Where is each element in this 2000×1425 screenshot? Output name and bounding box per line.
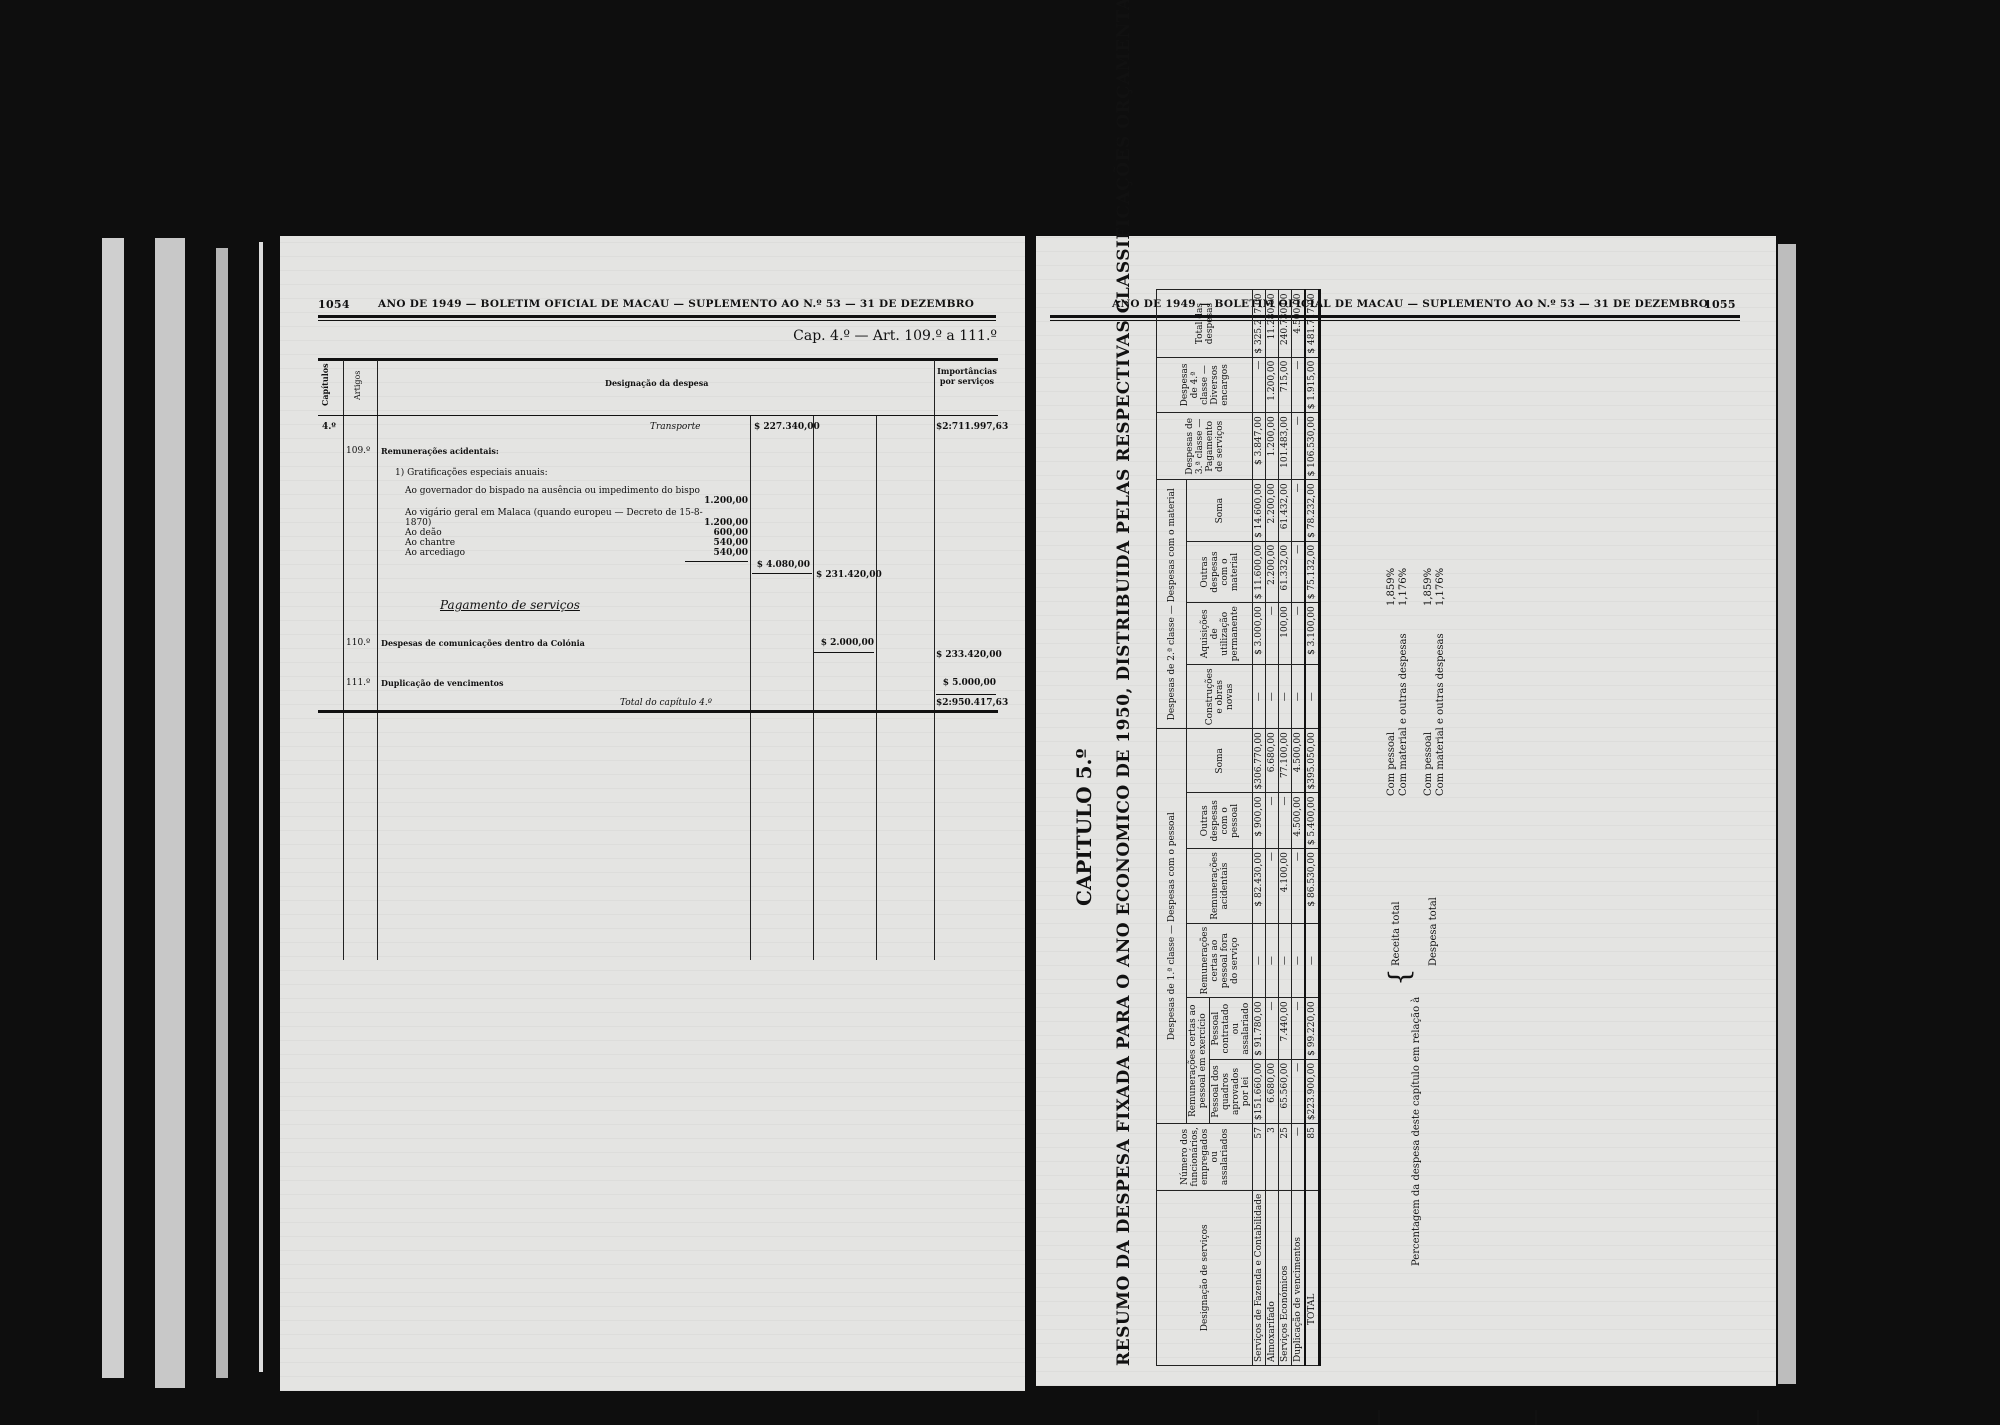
art109-subtotal: $ 4.080,00 <box>754 560 810 570</box>
rotated-summary: RESUMO DA DESPESA FIXADA PARA O ANO ECON… <box>1036 306 1776 1386</box>
art110-value: $ 2.000,00 <box>816 638 874 648</box>
art110-label: Despesas de comunicações dentro da Colón… <box>381 638 585 648</box>
grand-total-label: Total do capítulo 4.º <box>620 698 712 708</box>
item-value: 540,00 <box>670 548 748 558</box>
col-outras-pessoal: Outras despesas com o pessoal <box>1187 793 1253 849</box>
col-total: Total das despesas <box>1157 290 1253 357</box>
despesa-pessoal-pct: 1,859% <box>1423 568 1434 606</box>
summary-table: Designação de serviços Número dos funcio… <box>1156 290 1321 1367</box>
col-designacao: Designação de serviços <box>1157 1190 1253 1365</box>
right-page-edge <box>1778 244 1796 1384</box>
right-page: ANO DE 1949 — BOLETIM OFICIAL DE MACAU —… <box>1036 236 1776 1386</box>
percent-lead: Percentagem da despesa deste capítulo em… <box>1411 997 1422 1266</box>
col-designacao: Designação da despesa <box>605 378 708 388</box>
art109-subtitle: 1) Gratificações especiais anuais: <box>395 468 548 478</box>
brace-icon: { <box>1386 968 1414 986</box>
film-tick <box>1535 1410 1537 1425</box>
art111-label: Duplicação de vencimentos <box>381 678 504 688</box>
col-acidentais: Remunerações acidentais <box>1187 849 1253 924</box>
transport-total: $2:711.997,63 <box>936 422 996 432</box>
table-row: Serviços de Fazenda e Contabilidade 57 $… <box>1253 290 1266 1366</box>
item-value: 600,00 <box>670 528 748 538</box>
total-row: TOTAL 85 $223.900,00 $ 99.220,00 — $ 86.… <box>1305 290 1320 1366</box>
section-title: Pagamento de serviços <box>440 598 580 612</box>
chapter-title: CAPITULO 5.º <box>1072 749 1096 906</box>
despesa-label: Despesa total <box>1428 897 1439 966</box>
chapter-number: 4.º <box>322 422 336 432</box>
col-soma1: Soma <box>1187 729 1253 793</box>
col-aquisicoes: Aquisições de utilização permanente <box>1187 603 1253 665</box>
transport-value: $ 227.340,00 <box>754 422 810 432</box>
page-number: 1054 <box>318 298 350 311</box>
item-value: 1.200,00 <box>670 518 748 528</box>
col-soma2: Soma <box>1187 480 1253 541</box>
item-label: Ao arcediago <box>405 548 465 558</box>
despesa-material-pct: 1,176% <box>1435 568 1446 606</box>
art109-running-total: $ 231.420,00 <box>816 570 874 580</box>
col-fora-servico: Remunerações certas ao pessoal fora do s… <box>1187 923 1253 998</box>
art111-total: $ 5.000,00 <box>936 678 996 688</box>
table-row: Serviços Económicos 25 65.560,00 7.440,0… <box>1279 290 1292 1366</box>
art109-number: 109.º <box>346 446 370 456</box>
art111-number: 111.º <box>346 678 370 688</box>
col-capitulos: Capítulos <box>320 363 330 406</box>
com-pessoal-label: Com pessoal <box>1386 732 1397 796</box>
film-edge-strip <box>259 242 263 1372</box>
col-outras-material: Outras despesas com o material <box>1187 541 1253 602</box>
section-reference: Cap. 4.º — Art. 109.º a 111.º <box>793 328 997 344</box>
col-construcoes: Construções e obras novas <box>1187 665 1253 729</box>
running-header: ANO DE 1949 — BOLETIM OFICIAL DE MACAU —… <box>378 298 974 310</box>
col-classe3: Despesas de 3.ª classe — Pagamento de se… <box>1157 413 1253 480</box>
item-value: 540,00 <box>670 538 748 548</box>
com-material-label: Com material e outras despesas <box>1398 633 1409 796</box>
item-label: Ao deão <box>405 528 442 538</box>
col-classe4: Despesas de 4.ª classe — Diversos encarg… <box>1157 357 1253 413</box>
com-pessoal-label: Com pessoal <box>1423 732 1434 796</box>
col-numero: Número dos funcionários, empregados ou a… <box>1157 1124 1253 1191</box>
group-classe2: Despesas de 2.ª classe — Despesas com o … <box>1157 480 1187 729</box>
receita-pessoal-pct: 1,859% <box>1386 568 1397 606</box>
col-artigos: Artigos <box>353 371 362 400</box>
receita-label: Receita total <box>1391 901 1402 966</box>
transport-label: Transporte <box>650 422 701 432</box>
art110-total: $ 233.420,00 <box>936 650 996 660</box>
item-label: Ao governador do bispado na ausência ou … <box>405 486 705 496</box>
table-row: Duplicação de vencimentos — — — — — 4.50… <box>1292 290 1306 1366</box>
grand-total-value: $2:950.417,63 <box>936 698 996 708</box>
art109-title: Remunerações acidentais: <box>381 446 499 456</box>
table-row: Almoxarifado 3 6.680,00 — — — — 6.680,00… <box>1266 290 1279 1366</box>
film-edge-strip <box>155 238 185 1388</box>
col-importancias: Importâncias por serviços <box>936 366 998 386</box>
item-value: 1.200,00 <box>670 496 748 506</box>
film-tick <box>1378 1410 1380 1425</box>
art110-number: 110.º <box>346 638 370 648</box>
film-edge-strip <box>102 238 124 1378</box>
item-label: Ao vigário geral em Malaca (quando europ… <box>405 508 705 528</box>
group-classe1: Despesas de 1.ª classe — Despesas com o … <box>1157 729 1187 1124</box>
col-quadros: Pessoal dos quadros aprovados por lei <box>1210 1059 1253 1123</box>
film-edge-strip <box>216 248 228 1378</box>
com-material-label: Com material e outras despesas <box>1435 633 1446 796</box>
film-tick <box>1757 1410 1759 1425</box>
group-remun-certas: Remunerações certas ao pessoal em exercí… <box>1187 998 1210 1124</box>
summary-title: RESUMO DA DESPESA FIXADA PARA O ANO ECON… <box>1114 0 1134 1366</box>
left-page: 1054 ANO DE 1949 — BOLETIM OFICIAL DE MA… <box>280 236 1025 1391</box>
item-label: Ao chantre <box>405 538 455 548</box>
receita-material-pct: 1,176% <box>1398 568 1409 606</box>
col-contratado: Pessoal contratado ou assalariado <box>1210 998 1253 1059</box>
